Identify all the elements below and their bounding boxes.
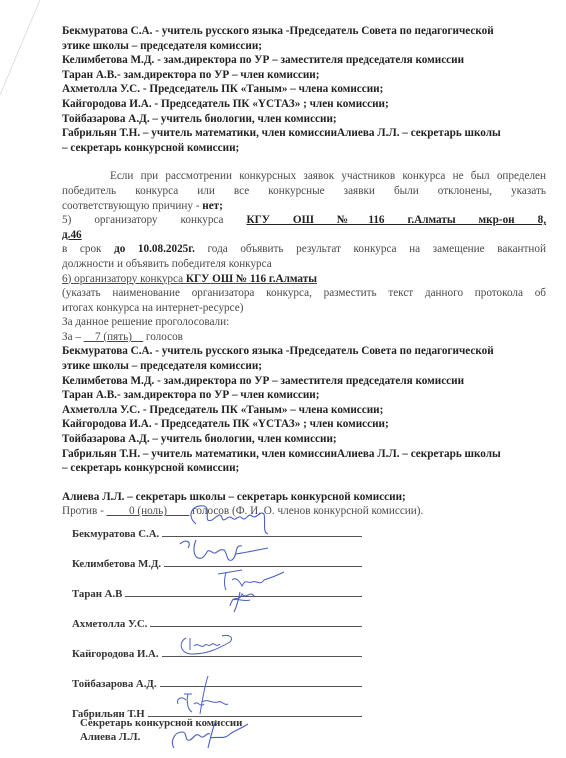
handwritten-signature-icon [160, 718, 250, 752]
member-line: Бекмуратова С.А. - учитель русского язык… [62, 24, 546, 39]
votes-for-count: __7 (пять)__ [84, 331, 143, 343]
paragraph-line: соответствующую причину - нет; [62, 199, 546, 214]
member-line: Бекмуратова С.А. - учитель русского язык… [62, 344, 546, 359]
member-line: Ахметолла У.С. - Председатель ПК «Таным»… [62, 403, 546, 418]
signature-line [125, 595, 362, 597]
deadline-date: до 10.08.2025г. [114, 243, 195, 255]
secretary-signature-block: Секретарь конкурсной комиссии Алиева Л.Л… [80, 716, 242, 744]
no-winner-paragraph: Если при рассмотрении конкурсных заявок … [62, 169, 546, 213]
signer-name: Таран А.В [72, 588, 122, 600]
vote-heading: За данное решение проголосовали: [62, 315, 546, 330]
member-line: Таран А.В.- зам.директора по УР – член к… [62, 388, 546, 403]
item-6: 6) организатору конкурса КГУ ОШ № 116 г.… [62, 272, 546, 316]
signature-line [164, 565, 362, 567]
signature-row: Тойбазарова А.Д. [72, 660, 362, 690]
signature-row: Келимбетова М.Д. [72, 540, 362, 570]
organizer-name: КГУ ОШ № 116 г.Алматы [186, 273, 317, 285]
protocol-page: Бекмуратова С.А. - учитель русского язык… [62, 24, 546, 519]
paragraph-line: победитель конкурса или все конкурсные з… [62, 184, 546, 199]
handwritten-signature-icon [172, 534, 292, 568]
member-line: Габрильян Т.Н. – учитель математики, чле… [62, 447, 546, 462]
item-6-note: (указать наименование организатора конку… [62, 286, 546, 301]
deadline-line: в срок до 10.08.2025г. года объявить рез… [62, 242, 546, 257]
deadline-line-cont: должности и объявить победителя конкурса [62, 257, 546, 272]
item-6-note-cont: итогах конкурса на интернет-ресурсе) [62, 301, 546, 316]
member-line: Келимбетова М.Д. - зам.директора по УР –… [62, 53, 546, 68]
signature-line [162, 535, 362, 537]
member-line: Таран А.В.- зам.директора по УР – член к… [62, 68, 546, 83]
handwritten-signature-icon [212, 566, 292, 596]
member-line: Кайгородова И.А. - Председатель ПК «ҮСТА… [62, 97, 546, 112]
signer-name: Ахметолла У.С. [72, 618, 147, 630]
signer-name: Тойбазарова А.Д. [72, 678, 157, 690]
members-list-2: Бекмуратова С.А. - учитель русского язык… [62, 344, 546, 475]
signature-line [160, 685, 362, 687]
vote-section: За данное решение проголосовали: За – __… [62, 315, 546, 344]
member-line: Габрильян Т.Н. – учитель математики, чле… [62, 126, 546, 141]
signature-block: Бекмуратова С.А. Келимбетова М.Д. Таран … [72, 510, 362, 720]
votes-for: За – __7 (пять)__ голосов [62, 330, 546, 345]
member-line: Ахметолла У.С. - Председатель ПК «Таным»… [62, 82, 546, 97]
member-line: – секретарь конкурсной комиссии; [62, 141, 546, 156]
item-5-organizer-line: 5) организатору конкурса КГУ ОШ №116 г.А… [62, 213, 546, 228]
signature-row: Ахметолла У.С. [72, 600, 362, 630]
member-line: этике школы – председателя комиссии; [62, 39, 546, 54]
organizer-name: КГУ ОШ №116 г.Алматы мкр-он 8, [246, 214, 546, 226]
member-line: Кайгородова И.А. - Председатель ПК «ҮСТА… [62, 417, 546, 432]
signature-row: Бекмуратова С.А. [72, 510, 362, 540]
member-line: Тойбазарова А.Д. – учитель биологии, чле… [62, 432, 546, 447]
signer-name: Келимбетова М.Д. [72, 558, 161, 570]
secretary-line: Алиева Л.Л. – секретарь школы – секретар… [62, 490, 546, 505]
member-line: Тойбазарова А.Д. – учитель биологии, чле… [62, 112, 546, 127]
signature-row: Таран А.В [72, 570, 362, 600]
signer-name: Кайгородова И.А. [72, 648, 159, 660]
signature-line [162, 655, 362, 657]
member-line: этике школы – председателя комиссии; [62, 359, 546, 374]
organizer-address-cont: д.46 [62, 228, 546, 243]
member-line: – секретарь конкурсной комиссии; [62, 461, 546, 476]
signature-row: Кайгородова И.А. [72, 630, 362, 660]
members-list-1: Бекмуратова С.А. - учитель русского язык… [62, 24, 546, 155]
item-6-organizer-line: 6) организатору конкурса КГУ ОШ № 116 г.… [62, 272, 546, 287]
item-5: 5) организатору конкурса КГУ ОШ №116 г.А… [62, 213, 546, 271]
signer-name: Бекмуратова С.А. [72, 528, 159, 540]
member-line: Келимбетова М.Д. - зам.директора по УР –… [62, 374, 546, 389]
paragraph-line: Если при рассмотрении конкурсных заявок … [62, 169, 546, 184]
signature-line [150, 625, 362, 627]
